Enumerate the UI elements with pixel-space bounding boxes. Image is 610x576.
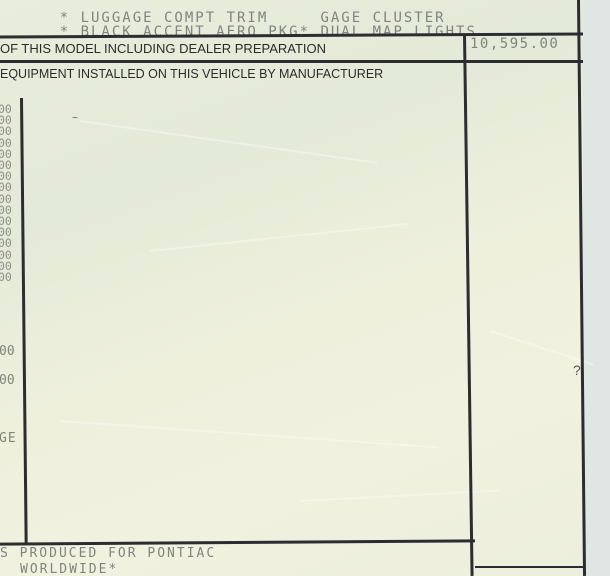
left-price-column: 00 00 00 00 00 00 00 00 00 00 00 00 00 0…: [0, 104, 20, 283]
rule-price-column-left: [463, 34, 474, 576]
ink-mark: ?: [573, 362, 581, 378]
price-cents-lower-2: 00: [0, 373, 15, 388]
price-cents: 00: [0, 272, 20, 283]
rule-left-column: [20, 98, 28, 543]
option-dual-map-lights: DUAL MAP LIGHTS: [320, 24, 476, 40]
rule-price-column-right: [577, 0, 586, 576]
rule-base-price: [0, 60, 583, 63]
rule-bottom: [0, 539, 475, 545]
base-price-value: 10,595.00: [470, 36, 559, 52]
equipment-label: EQUIPMENT INSTALLED ON THIS VEHICLE BY M…: [0, 67, 383, 81]
base-price-label: OF THIS MODEL INCLUDING DEALER PREPARATI…: [0, 41, 326, 56]
paper-crease: [60, 420, 439, 449]
paper-crease: [150, 223, 409, 252]
price-cents-lower-1: 00: [0, 344, 15, 359]
produced-for-text: S PRODUCED FOR PONTIAC: [0, 546, 216, 561]
worldwide-text: WORLDWIDE*: [20, 562, 118, 576]
mileage-fragment: GE: [0, 431, 17, 446]
rule-bottom-right: [475, 566, 583, 568]
paper-crease: [80, 120, 377, 164]
ink-mark: ~: [72, 113, 78, 124]
window-sticker-paper: * LUGGAGE COMPT TRIM GAGE CLUSTER * BLAC…: [0, 0, 583, 576]
paper-crease: [490, 330, 595, 366]
